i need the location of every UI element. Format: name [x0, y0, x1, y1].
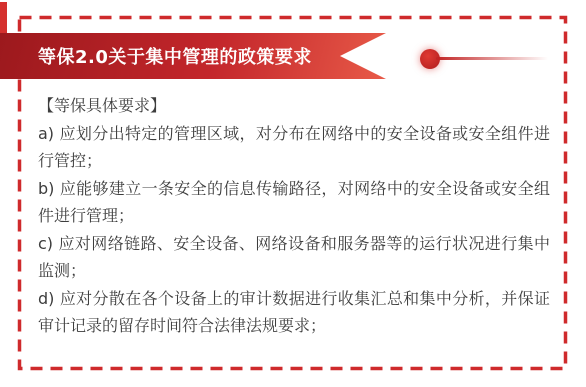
fading-line-decoration [436, 57, 548, 60]
requirement-item-a: a) 应划分出特定的管理区域，对分布在网络中的安全设备或安全组件进行管控； [38, 120, 550, 175]
requirement-item-b: b) 应能够建立一条安全的信息传输路径，对网络中的安全设备或安全组件进行管理； [38, 175, 550, 230]
policy-infographic: 等保2.0关于集中管理的政策要求 【等保具体要求】 a) 应划分出特定的管理区域… [0, 0, 586, 387]
requirement-item-c: c) 应对网络链路、安全设备、网络设备和服务器等的运行状况进行集中监测； [38, 230, 550, 285]
banner-title: 等保2.0关于集中管理的政策要求 [38, 43, 312, 69]
title-ribbon: 等保2.0关于集中管理的政策要求 [0, 33, 386, 79]
requirement-item-d: d) 应对分散在各个设备上的审计数据进行收集汇总和集中分析，并保证审计记录的留存… [38, 285, 550, 340]
requirements-body: 【等保具体要求】 a) 应划分出特定的管理区域，对分布在网络中的安全设备或安全组… [38, 92, 550, 340]
section-heading: 【等保具体要求】 [38, 92, 550, 120]
